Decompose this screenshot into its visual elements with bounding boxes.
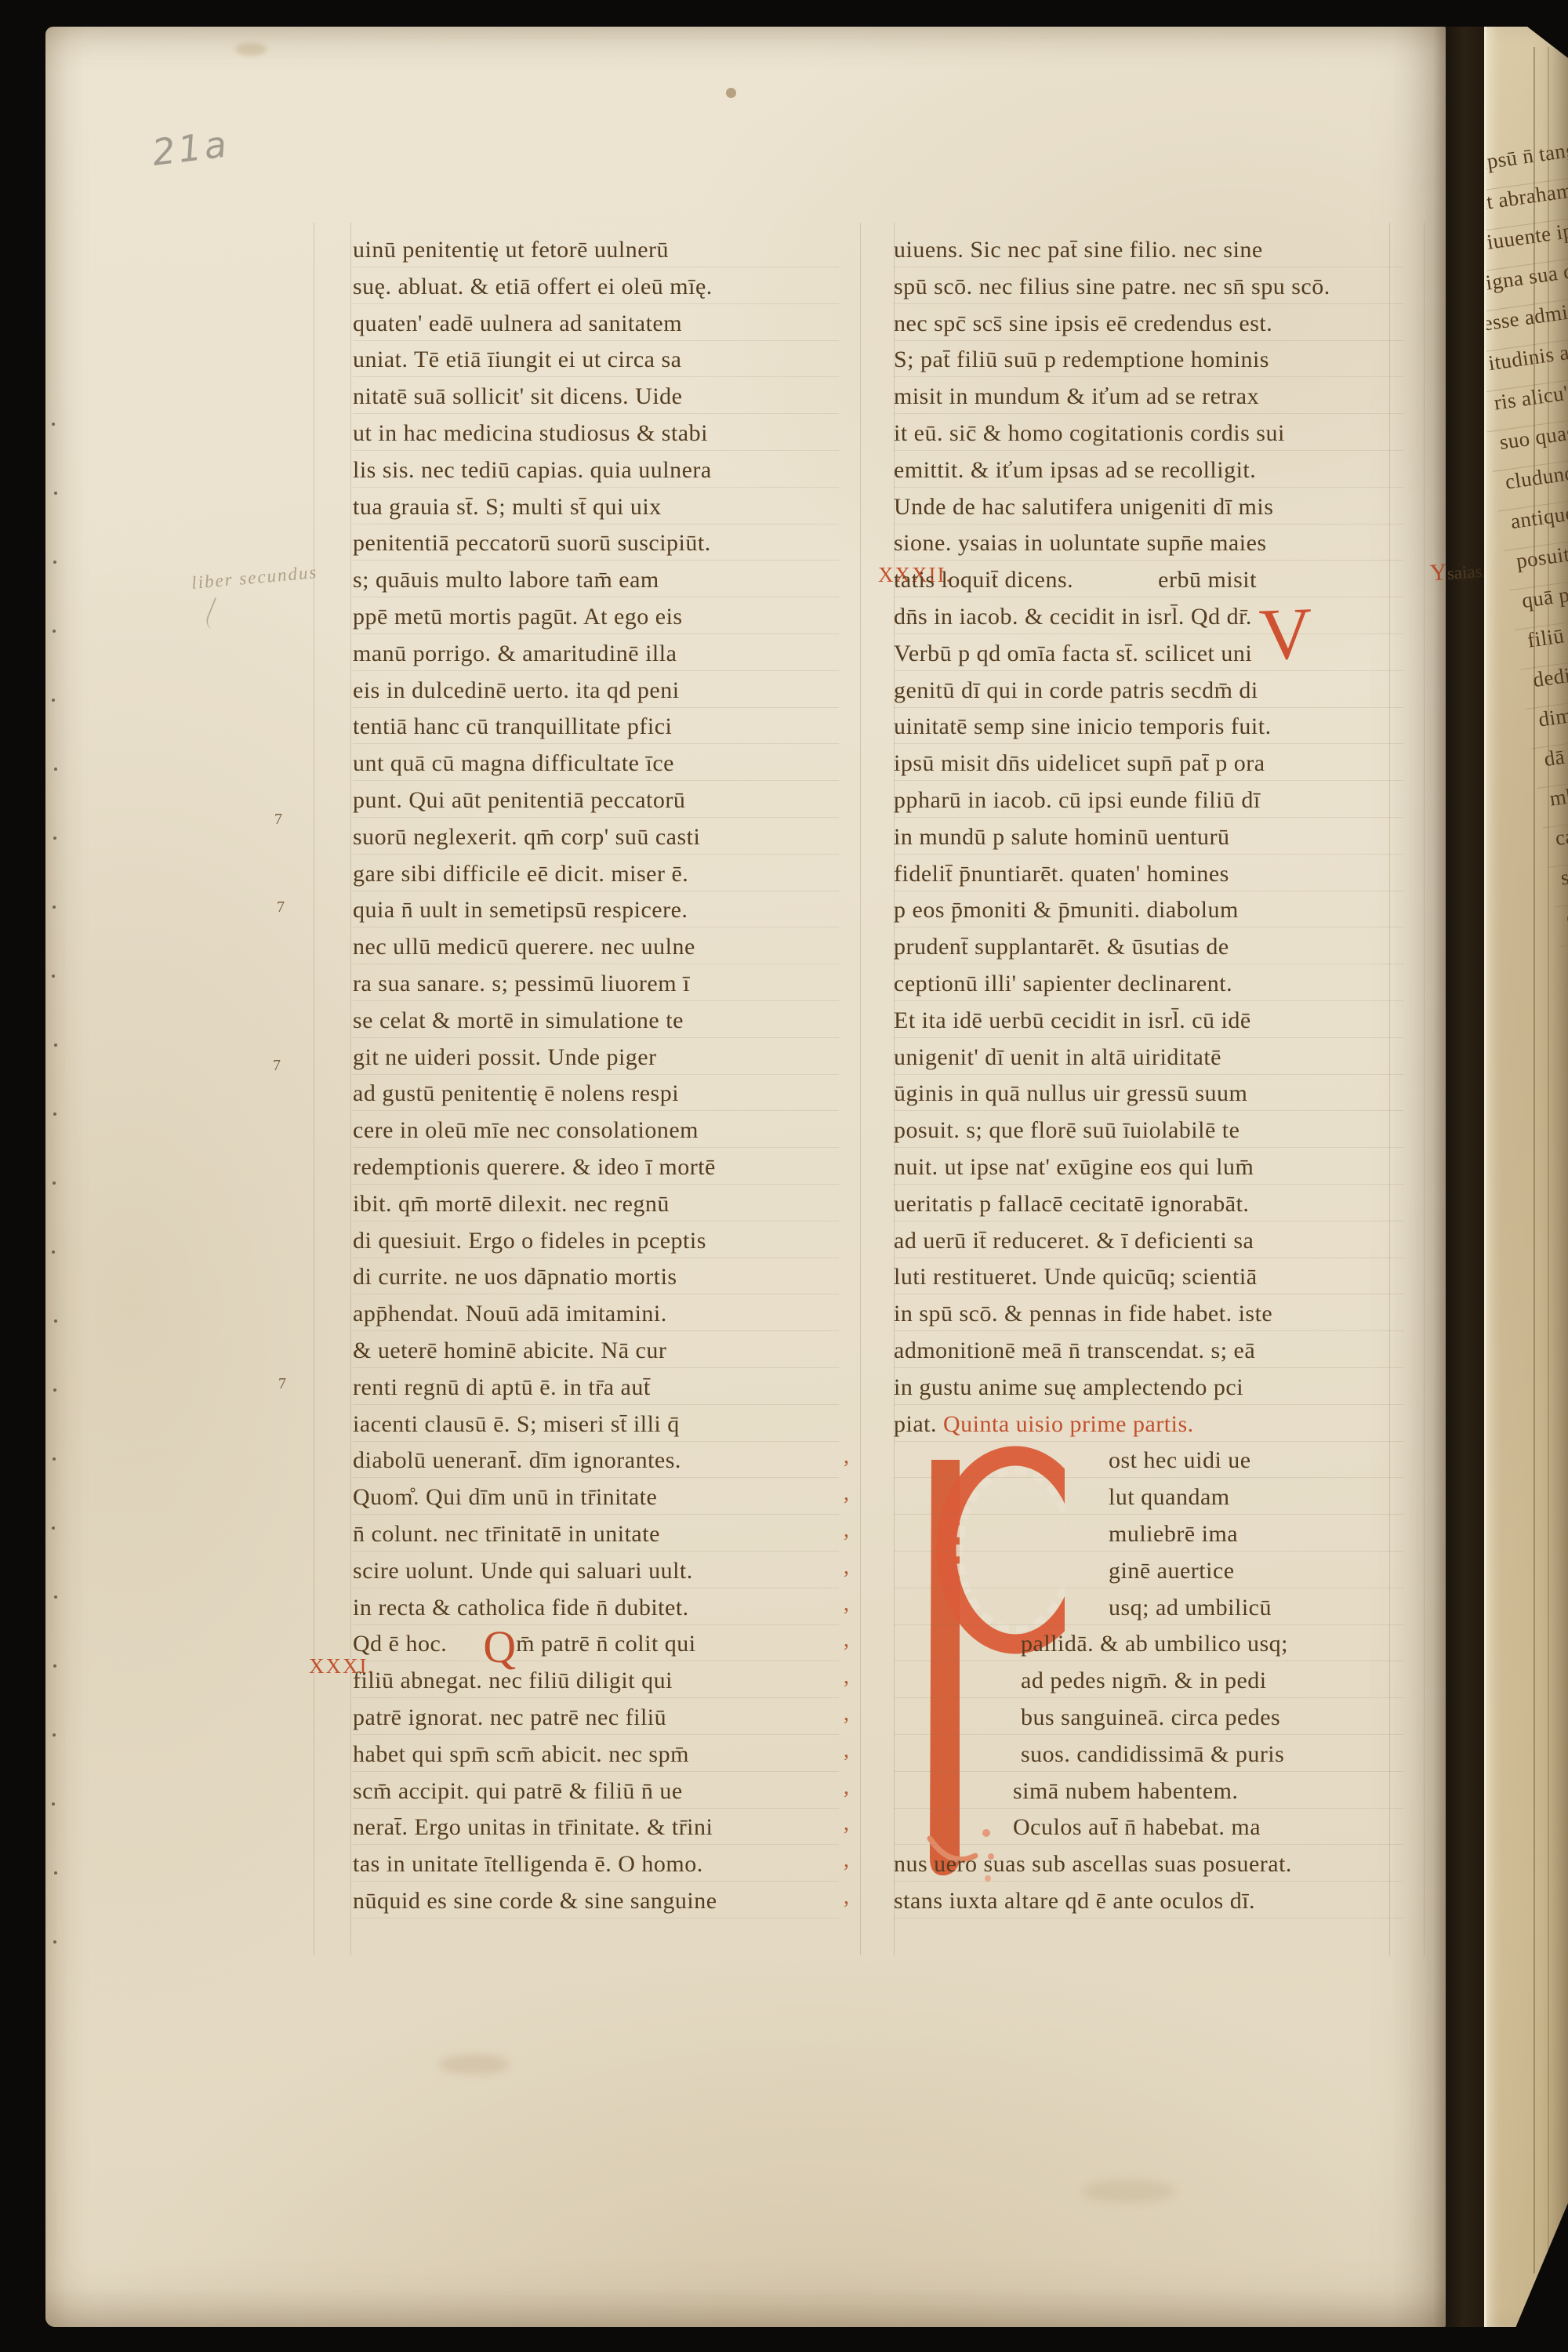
pricking-hole <box>54 1044 57 1047</box>
pricking-hole <box>52 423 55 426</box>
ruling-horizontal <box>894 1037 1403 1038</box>
parchment-stain <box>1082 2180 1176 2203</box>
ruling-horizontal <box>894 1734 1403 1735</box>
text-line: nec spc̄ scs̄ sine ipsis eē credendus es… <box>894 310 1272 337</box>
text-line: ppharū in iacob. cū ipsi eunde filiū dī <box>894 787 1261 814</box>
text-line: ad uerū it̄ reduceret. & ī deficienti sa <box>894 1228 1254 1254</box>
ruling-horizontal <box>894 964 1403 964</box>
ruling-horizontal <box>894 743 1403 744</box>
pricking-hole <box>53 1457 56 1461</box>
rubric-text: Quinta uisio prime partis. <box>943 1411 1194 1437</box>
ruling-horizontal <box>353 1000 839 1001</box>
ruling-horizontal <box>894 1477 1403 1478</box>
text-line: S; pat̄ filiū suū p redemptione hominis <box>894 347 1269 373</box>
ruling-horizontal <box>353 1184 839 1185</box>
text-line: ūginis in quā nullus uir gressū suum <box>894 1080 1247 1107</box>
ruling-horizontal <box>894 927 1403 927</box>
text-run: m̄ patrē n̄ colit qui <box>516 1631 695 1657</box>
text-line: Quom̊. Qui dīm unū in tr̄initate <box>353 1484 657 1511</box>
ruling-horizontal <box>353 1258 839 1258</box>
margin-note-flourish <box>203 597 228 632</box>
pricking-hole <box>53 1940 56 1944</box>
ruling-horizontal <box>353 817 839 818</box>
ruling-horizontal <box>894 1918 1403 1918</box>
ruling-vertical <box>314 223 314 1955</box>
pricking-hole <box>54 492 57 495</box>
text-line: di currite. ne uos dāpnatio mortis <box>353 1264 677 1290</box>
text-line: ut in hac medicina studiosus & stabi <box>353 420 708 447</box>
text-line: penitentiā peccatorū suorū suscipiūt. <box>353 530 711 557</box>
ruling-horizontal <box>353 1661 839 1661</box>
text-line: pallidā. & ab umbilico usq; <box>1021 1631 1288 1657</box>
text-line: lut quandam <box>1109 1484 1230 1511</box>
pricking-hole <box>53 906 56 909</box>
text-line: ost hec uidi ue <box>1109 1447 1251 1474</box>
text-line: nerat̄. Ergo unitas in tr̄initate. & tr̄… <box>353 1814 713 1841</box>
ruling-horizontal <box>894 1184 1403 1185</box>
ruling-horizontal <box>353 1330 839 1331</box>
text-line: & ueterē hominē abicite. Nā cur <box>353 1338 666 1364</box>
text-line: suorū neglexerit. qm̄ corp' suū casti <box>353 824 700 851</box>
ruling-horizontal <box>894 1844 1403 1845</box>
pricking-hole <box>52 1802 55 1806</box>
ruling-horizontal <box>353 1147 839 1148</box>
pricking-hole <box>53 1181 56 1185</box>
line-end-mark: , <box>844 1518 849 1543</box>
ruling-horizontal <box>353 340 839 341</box>
text-run: s; ipsū n̄ tangeb <box>1484 135 1568 177</box>
ruling-horizontal <box>894 1441 1403 1442</box>
ruling-horizontal <box>353 1588 839 1588</box>
manuscript-page: 21a liber secundus XXXII. XXXI. Ysaias. … <box>45 27 1446 2327</box>
ruling-horizontal <box>894 1367 1403 1368</box>
line-end-mark: , <box>844 1481 849 1506</box>
ruling-horizontal <box>353 1918 839 1918</box>
text-line: fidelit̄ p̄nuntiarēt. quaten' homines <box>894 861 1229 887</box>
text-line: misit in mundum & iťum ad se retrax <box>894 383 1259 410</box>
ruling-horizontal <box>353 1514 839 1515</box>
pricking-hole <box>53 1388 56 1392</box>
text-run: Qd ē hoc. <box>353 1631 447 1657</box>
text-line: nūquid es sine corde & sine sanguine <box>353 1888 717 1915</box>
text-line: nec ullū medicū querere. nec uulne <box>353 934 695 960</box>
ruling-horizontal <box>894 707 1403 708</box>
pricking-hole <box>53 1733 56 1737</box>
page-edge-line <box>1534 47 1535 2274</box>
folio-number: 21a <box>150 122 232 174</box>
text-line: suos. candidissimā & puris <box>1021 1741 1284 1768</box>
ruling-horizontal <box>353 1771 839 1772</box>
ruling-horizontal <box>894 817 1403 818</box>
ruling-horizontal <box>894 340 1403 341</box>
pricking-hole <box>52 1526 55 1530</box>
ruling-horizontal <box>353 1221 839 1221</box>
text-line: admonitionē meā n̄ transcendat. s; eā <box>894 1338 1255 1364</box>
margin-tick-mark: 7 <box>277 898 285 916</box>
ruling-horizontal <box>894 1808 1403 1809</box>
parchment-stain <box>235 43 267 56</box>
ruling-horizontal <box>894 267 1403 267</box>
text-line: ppē metū mortis pagūt. At ego eis <box>353 604 683 630</box>
pricking-hole <box>53 1664 56 1668</box>
line-end-mark: , <box>844 1701 849 1726</box>
next-page-text-fragments: s; ipsū n̄ tangebbat abraham. aa iuuente… <box>1484 119 1568 1976</box>
ruling-horizontal <box>353 780 839 781</box>
line-end-mark: , <box>844 1592 849 1617</box>
text-line: piat. Quinta uisio prime partis. <box>894 1411 1194 1438</box>
pricking-hole <box>53 1112 56 1116</box>
line-end-mark: , <box>844 1775 849 1800</box>
ruling-horizontal <box>894 303 1403 304</box>
pricking-hole <box>53 561 56 564</box>
ruling-vertical <box>1424 223 1425 1955</box>
text-line: ueritatis p fallacē cecitatē ignorabāt. <box>894 1191 1249 1218</box>
text-line: uiuens. Sic nec pat̄ sine filio. nec sin… <box>894 237 1263 263</box>
line-end-mark: , <box>844 1664 849 1690</box>
ruling-horizontal <box>353 633 839 634</box>
text-line: ad gustū penitentię ē nolens respi <box>353 1080 679 1107</box>
ruling-horizontal <box>894 560 1403 561</box>
ruling-horizontal <box>353 1881 839 1882</box>
text-line: sione. ysaias in uoluntate supn̄e maies <box>894 530 1267 557</box>
ruling-horizontal <box>353 560 839 561</box>
ruling-horizontal <box>894 1000 1403 1001</box>
pricking-hole <box>54 1595 57 1599</box>
text-line: Verbū p qd omīa facta st̄. scilicet uni <box>894 641 1252 667</box>
ruling-horizontal <box>353 707 839 708</box>
text-line: ad pedes nigm̄. & in pedi <box>1021 1668 1267 1694</box>
text-line: genitū dī qui in corde patris secdm̄ di <box>894 677 1258 704</box>
pricking-hole <box>53 837 56 840</box>
text-line: di quesiuit. Ergo o fideles in pceptis <box>353 1228 706 1254</box>
text-line: se celat & mortē in simulatione te <box>353 1007 684 1034</box>
text-line: Et ita idē uerbū cecidit in isrl̄. cū id… <box>894 1007 1251 1034</box>
ruling-horizontal <box>353 1624 839 1625</box>
pricking-hole <box>54 768 57 771</box>
ruling-horizontal <box>353 743 839 744</box>
ruling-horizontal <box>353 1844 839 1845</box>
ruling-horizontal <box>353 670 839 671</box>
ruling-horizontal <box>894 413 1403 414</box>
ruling-horizontal <box>894 450 1403 451</box>
ruling-horizontal <box>353 303 839 304</box>
text-line: luti restitueret. Unde quicūq; scientiā <box>894 1264 1258 1290</box>
next-page-edge-strip: s; ipsū n̄ tangebbat abraham. aa iuuente… <box>1484 27 1568 2327</box>
text-run: piat. <box>894 1411 943 1437</box>
ruling-horizontal <box>894 524 1403 524</box>
line-end-mark: , <box>844 1738 849 1763</box>
text-line: emittit. & iťum ipsas ad se recolligit. <box>894 457 1256 484</box>
text-line: n̄ colunt. nec tr̄initatē in unitate <box>353 1521 660 1548</box>
text-line: in spū scō. & pennas in fide habet. iste <box>894 1301 1272 1327</box>
text-line: ginē auertice <box>1109 1558 1235 1584</box>
text-line: diabolū uenerant̄. dīm ignorantes. <box>353 1447 681 1474</box>
ruling-horizontal <box>894 1147 1403 1148</box>
ruling-horizontal <box>894 1881 1403 1882</box>
ruling-horizontal <box>353 1551 839 1552</box>
text-line: redemptionis querere. & ideo ī mortē <box>353 1154 716 1181</box>
ruling-horizontal <box>894 1294 1403 1294</box>
rubricated-initial: Q <box>483 1621 516 1672</box>
text-line: scm̄ accipit. qui patrē & filiū n̄ ue <box>353 1778 683 1805</box>
text-line: unigenit' dī uenit in altā uiriditatē <box>894 1044 1221 1071</box>
gutter-shadow <box>1433 27 1488 2327</box>
text-line: uinū penitentię ut fetorē uulnerū <box>353 237 669 263</box>
text-line: nus uero suas sub ascellas suas posuerat… <box>894 1851 1292 1878</box>
margin-tick-mark: 7 <box>273 1057 281 1075</box>
text-line: ra sua sanare. s; pessimū liuorem ī <box>353 971 690 997</box>
text-line: prudent̄ supplantarēt. & ūsutias de <box>894 934 1229 960</box>
pricking-hole <box>53 630 56 633</box>
ruling-horizontal <box>894 487 1403 488</box>
ruling-horizontal <box>894 780 1403 781</box>
margin-note-liber-secundus: liber secundus <box>191 562 318 593</box>
text-line: Unde de hac salutifera unigeniti dī mis <box>894 494 1273 521</box>
manuscript-photo: 21a liber secundus XXXII. XXXI. Ysaias. … <box>0 0 1568 2352</box>
text-line: manū porrigo. & amaritudinē illa <box>353 641 677 667</box>
ruling-horizontal <box>894 1514 1403 1515</box>
pricking-hole <box>52 975 55 978</box>
ruling-horizontal <box>353 376 839 377</box>
text-line: app̄hendat. Nouū adā imitamini. <box>353 1301 667 1327</box>
pricking-hole <box>54 1871 57 1875</box>
text-line: tatis loquit̄ dicens.erbū misit <box>894 567 1257 593</box>
line-end-mark: , <box>844 1444 849 1469</box>
ruling-horizontal <box>894 1588 1403 1588</box>
text-line: it eū. sic̄ & homo cogitationis cordis s… <box>894 420 1285 447</box>
text-line: lis sis. nec tediū capias. quia uulnera <box>353 457 712 484</box>
text-line: stans iuxta altare qd ē ante oculos dī. <box>894 1888 1255 1915</box>
text-line: punt. Qui aūt penitentiā peccatorū <box>353 787 685 814</box>
ruling-horizontal <box>353 1477 839 1478</box>
text-line: Oculos aut̄ n̄ habebat. ma <box>1013 1814 1261 1841</box>
ruling-horizontal <box>894 891 1403 891</box>
ruling-horizontal <box>353 1404 839 1405</box>
text-line: tas in unitate ītelligenda ē. O homo. <box>353 1851 703 1878</box>
ruling-horizontal <box>353 487 839 488</box>
ruling-horizontal <box>353 1808 839 1809</box>
ruling-horizontal <box>353 1074 839 1075</box>
text-line: ceptionū illi' sapienter declinarent. <box>894 971 1232 997</box>
ruling-vertical <box>860 223 861 1955</box>
ruling-horizontal <box>894 1624 1403 1625</box>
text-line: in gustu anime suę amplectendo pci <box>894 1374 1243 1401</box>
line-end-mark: , <box>844 1811 849 1836</box>
line-end-mark: , <box>844 1628 849 1653</box>
ruling-horizontal <box>353 964 839 964</box>
ruling-horizontal <box>894 1771 1403 1772</box>
text-line: gare sibi difficile eē dicit. miser ē. <box>353 861 688 887</box>
ruling-horizontal <box>353 450 839 451</box>
ruling-horizontal <box>353 1110 839 1111</box>
ruling-horizontal <box>353 597 839 597</box>
ruling-horizontal <box>353 1441 839 1442</box>
line-end-mark: , <box>844 1885 849 1910</box>
ruling-horizontal <box>894 1258 1403 1258</box>
text-line: muliebrē ima <box>1109 1521 1238 1548</box>
ruling-horizontal <box>894 1661 1403 1661</box>
text-run: tatis loquit̄ dicens. <box>894 567 1073 593</box>
text-line: git ne uideri possit. Unde piger <box>353 1044 657 1071</box>
text-line: s; quāuis multo labore tam̄ eam <box>353 567 659 593</box>
text-line: Qd ē hoc.Qm̄ patrē n̄ colit qui <box>353 1631 696 1661</box>
ruling-horizontal <box>353 854 839 855</box>
ruling-horizontal <box>894 670 1403 671</box>
ruling-horizontal <box>894 376 1403 377</box>
parchment-stain <box>439 2054 510 2074</box>
line-end-mark: , <box>844 1555 849 1580</box>
text-line: nitatē suā sollicit' sit dicens. Uide <box>353 383 683 410</box>
ruling-horizontal <box>353 927 839 927</box>
ruling-horizontal <box>353 1294 839 1294</box>
text-line: tentiā hanc cū tranquillitate pfici <box>353 713 672 740</box>
text-line: quia n̄ uult in semetipsū respicere. <box>353 897 688 924</box>
pricking-hole <box>52 1250 55 1254</box>
text-line: habet qui spm̄ scm̄ abicit. nec spm̄ <box>353 1741 689 1768</box>
ruling-horizontal <box>894 1221 1403 1221</box>
ruling-vertical <box>1389 223 1390 1955</box>
text-line: usq; ad umbilicū <box>1109 1595 1272 1621</box>
ruling-horizontal <box>353 413 839 414</box>
ruling-horizontal <box>353 1367 839 1368</box>
text-line: p eos p̄moniti & p̄muniti. diabolum <box>894 897 1239 924</box>
text-line: quaten' eadē uulnera ad sanitatem <box>353 310 682 337</box>
text-line: posuit. s; que florē suū īuiolabilē te <box>894 1117 1240 1144</box>
ruling-horizontal <box>894 1551 1403 1552</box>
pricking-hole <box>54 1319 57 1323</box>
ruling-horizontal <box>894 633 1403 634</box>
text-line: simā nubem habentem. <box>1013 1778 1238 1805</box>
text-line: cere in oleū mīe nec consolationem <box>353 1117 699 1144</box>
text-line: uinitatē semp sine inicio temporis fuit. <box>894 713 1272 740</box>
ruling-horizontal <box>894 1697 1403 1698</box>
ruling-vertical <box>350 223 351 1955</box>
ruling-horizontal <box>353 891 839 891</box>
text-line: nuit. ut ipse nat' exūgine eos qui lum̄ <box>894 1154 1254 1181</box>
text-line: uniat. Tē etiā īiungit ei ut circa sa <box>353 347 681 373</box>
text-line: in recta & catholica fide n̄ dubitet. <box>353 1595 689 1621</box>
text-line: patrē ignorat. nec patrē nec filiū <box>353 1704 666 1731</box>
line-end-mark: , <box>844 1848 849 1873</box>
text-line: filiū abnegat. nec filiū diligit qui <box>353 1668 673 1694</box>
text-line: suę. abluat. & etiā offert ei oleū mīę. <box>353 274 713 300</box>
ruling-horizontal <box>894 1110 1403 1111</box>
text-line: ibit. qm̄ mortē dilexit. nec regnū <box>353 1191 670 1218</box>
margin-tick-mark: 7 <box>278 1375 286 1393</box>
decorated-initial-v: V <box>1258 597 1313 672</box>
ruling-horizontal <box>353 1734 839 1735</box>
text-line: eis in dulcedinē uerto. ita qd peni <box>353 677 680 704</box>
text-line: dn̄s in iacob. & cecidit in isrl̄. Qd dr… <box>894 604 1252 630</box>
text-run: erbū misit <box>1158 567 1257 593</box>
text-line: in mundū p salute hominū uenturū <box>894 824 1229 851</box>
margin-tick-mark: 7 <box>274 811 282 829</box>
text-line: unt quā cū magna difficultate īce <box>353 750 674 777</box>
ruling-horizontal <box>894 1404 1403 1405</box>
text-line: tua grauia st̄. S; multi st̄ qui uix <box>353 494 662 521</box>
text-line: ipsū misit dn̄s uidelicet supn̄ pat̄ p o… <box>894 750 1265 777</box>
ruling-horizontal <box>894 597 1403 597</box>
ruling-horizontal <box>353 267 839 267</box>
page-edge-line <box>1548 47 1549 2274</box>
ruling-horizontal <box>353 1037 839 1038</box>
ruling-horizontal <box>894 1330 1403 1331</box>
ruling-horizontal <box>894 1074 1403 1075</box>
text-line: iacenti clausū ē. S; miseri st̄ illi q̄ <box>353 1411 680 1438</box>
text-line: scire uolunt. Unde qui saluari uult. <box>353 1558 693 1584</box>
ruling-horizontal <box>353 1697 839 1698</box>
ruling-horizontal <box>894 854 1403 855</box>
pricking-hole <box>52 699 55 702</box>
parchment-stain <box>726 88 736 98</box>
ruling-horizontal <box>353 524 839 524</box>
text-line: spū scō. nec filius sine patre. nec sn̄ … <box>894 274 1330 300</box>
text-line: bus sanguineā. circa pedes <box>1021 1704 1280 1731</box>
text-line: renti regnū di aptū ē. in tr̄a aut̄ <box>353 1374 651 1401</box>
